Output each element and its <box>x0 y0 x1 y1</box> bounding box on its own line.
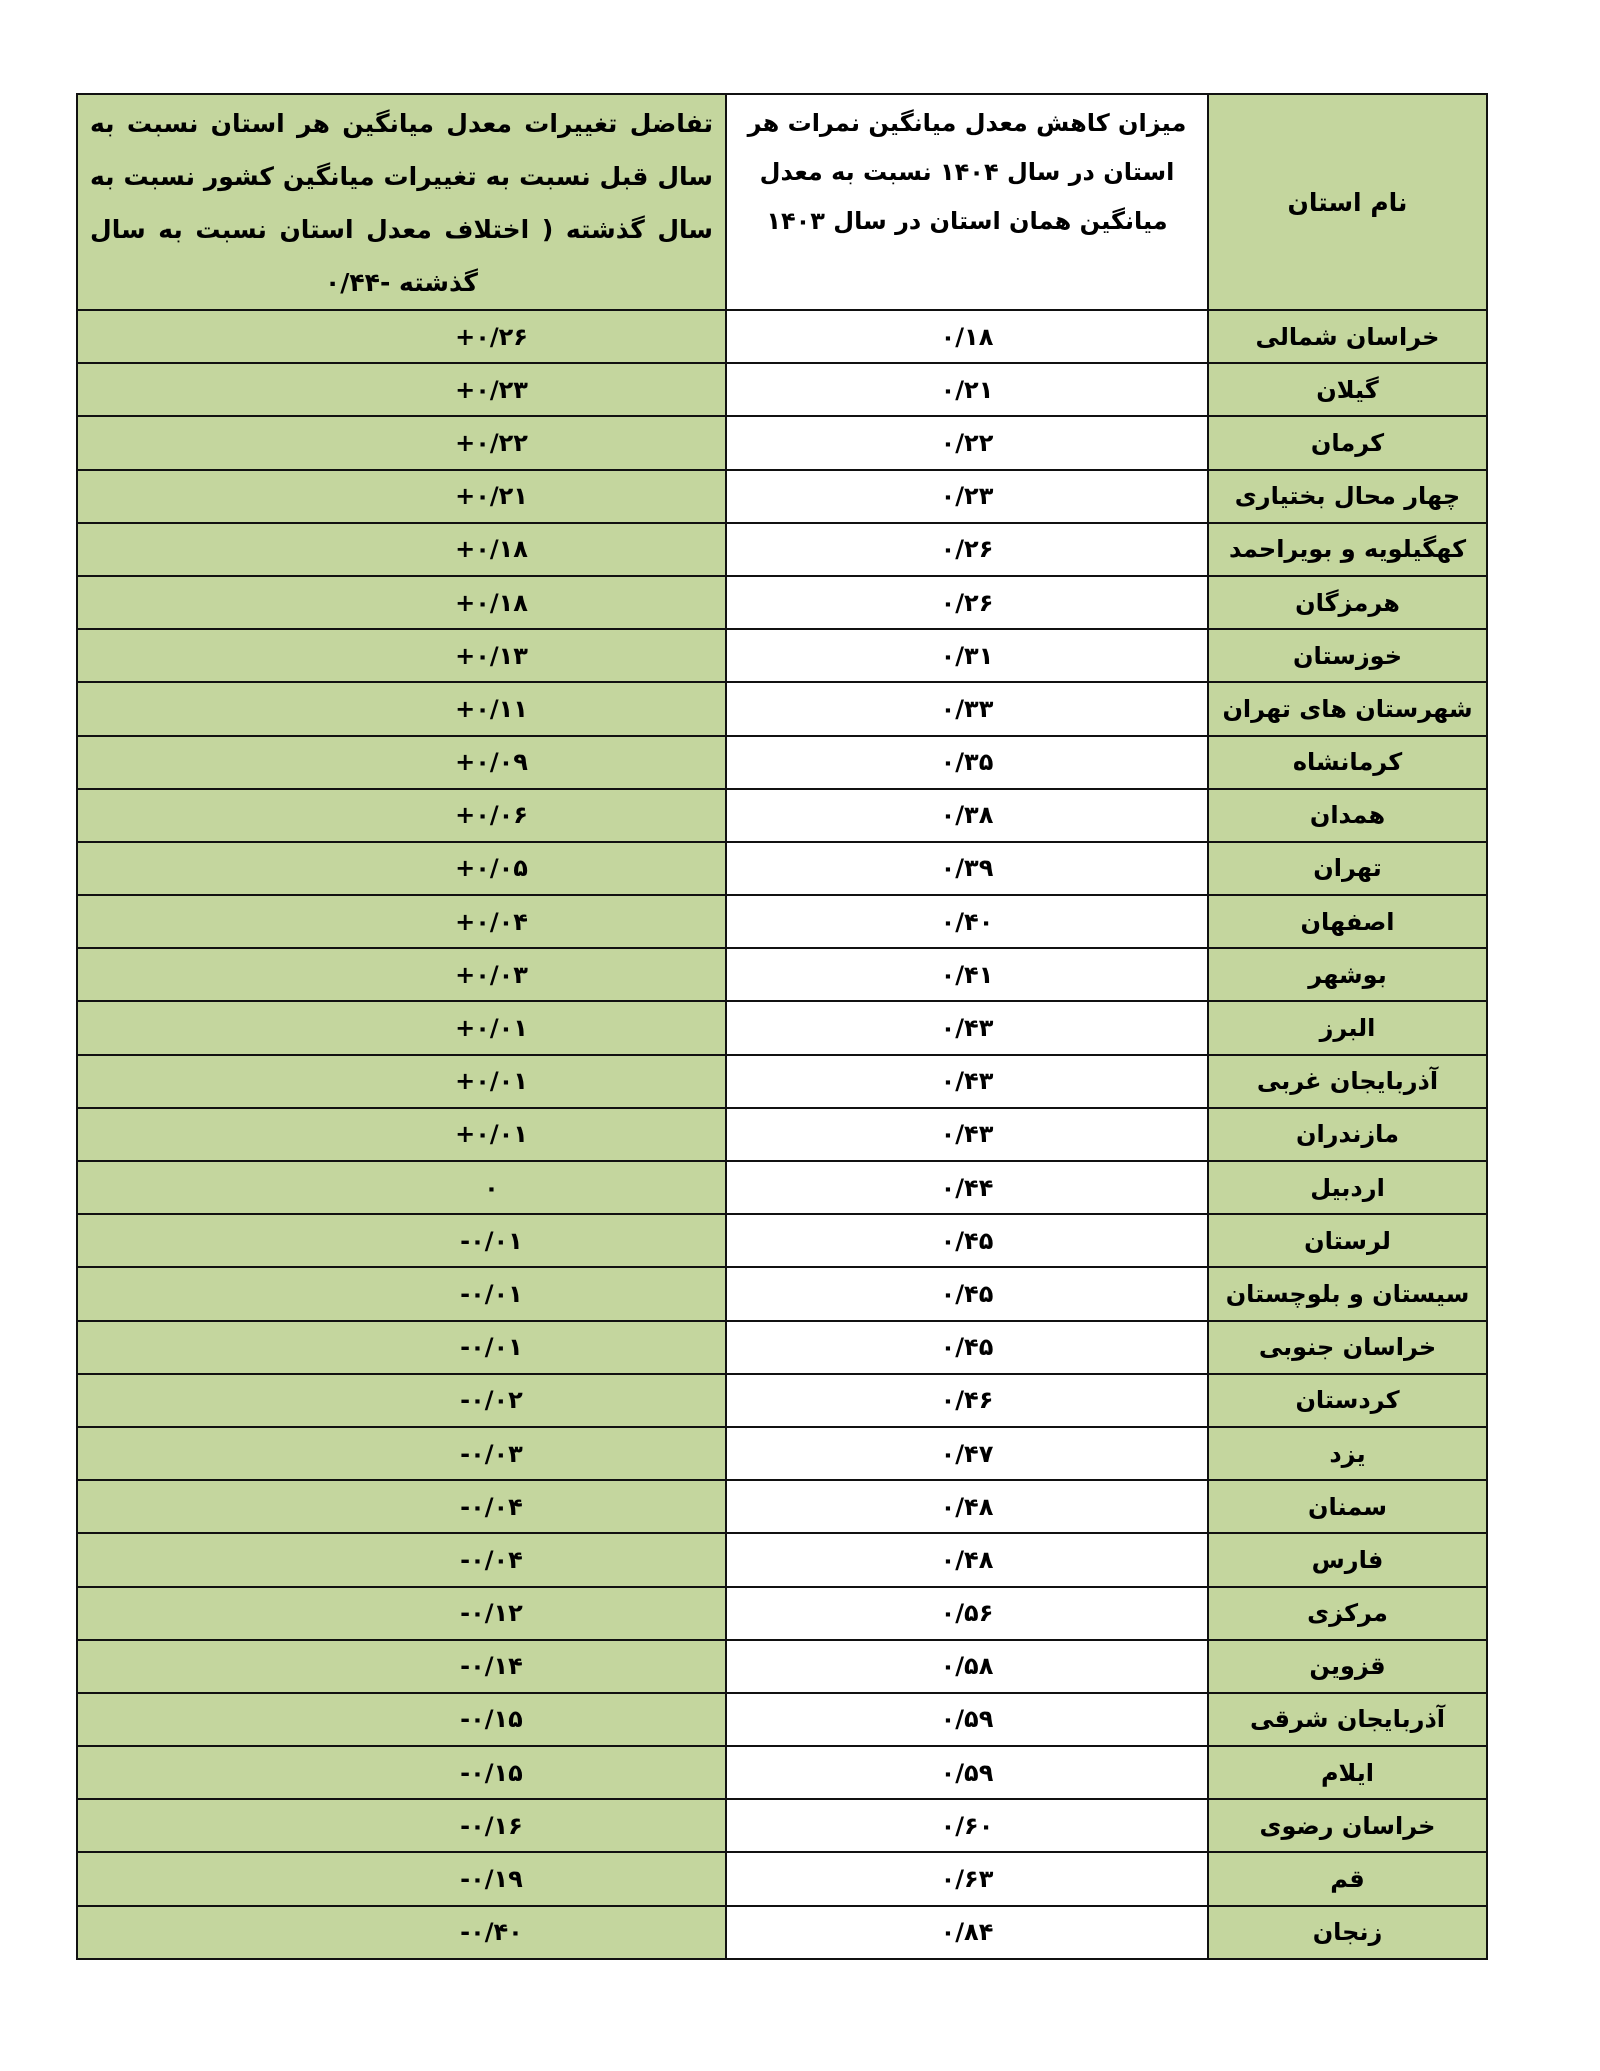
reduction-value: ۰/۴۱ <box>941 961 994 989</box>
province-name-cell: البرز <box>1208 1001 1487 1054</box>
reduction-value: ۰/۴۳ <box>941 1067 994 1095</box>
difference-cell: +۰/۰۱ <box>77 1001 726 1054</box>
table-row: تهران۰/۳۹+۰/۰۵ <box>77 842 1487 895</box>
difference-value: +۰/۲۶ <box>455 323 528 351</box>
difference-value: +۰/۰۵ <box>455 854 528 882</box>
difference-cell: +۰/۰۶ <box>77 789 726 842</box>
reduction-value: ۰/۲۳ <box>941 482 994 510</box>
reduction-value: ۰/۴۰ <box>941 908 994 936</box>
difference-value: -۰/۱۲ <box>460 1599 523 1627</box>
table-row: کردستان۰/۴۶-۰/۰۲ <box>77 1374 1487 1427</box>
reduction-value: ۰/۶۰ <box>941 1812 994 1840</box>
difference-value: +۰/۰۳ <box>455 961 528 989</box>
table-row: اصفهان۰/۴۰+۰/۰۴ <box>77 895 1487 948</box>
difference-value: -۰/۰۱ <box>460 1280 523 1308</box>
reduction-value: ۰/۳۹ <box>941 854 994 882</box>
reduction-cell: ۰/۸۴ <box>726 1906 1208 1959</box>
header-reduction: میزان کاهش معدل میانگین نمرات هر استان د… <box>726 94 1208 310</box>
reduction-cell: ۰/۵۹ <box>726 1693 1208 1746</box>
difference-value: -۰/۰۲ <box>460 1386 523 1414</box>
difference-cell: -۰/۴۰ <box>77 1906 726 1959</box>
difference-cell: +۰/۲۶ <box>77 310 726 363</box>
province-name-cell: هرمزگان <box>1208 576 1487 629</box>
reduction-cell: ۰/۱۸ <box>726 310 1208 363</box>
difference-value: +۰/۲۲ <box>455 429 528 457</box>
province-name-cell: قم <box>1208 1852 1487 1905</box>
table-row: قم۰/۶۳-۰/۱۹ <box>77 1852 1487 1905</box>
province-name-cell: مازندران <box>1208 1108 1487 1161</box>
difference-value: +۰/۱۸ <box>455 589 528 617</box>
table-row: قزوین۰/۵۸-۰/۱۴ <box>77 1640 1487 1693</box>
difference-cell: -۰/۱۶ <box>77 1799 726 1852</box>
province-name-cell: تهران <box>1208 842 1487 895</box>
table-row: یزد۰/۴۷-۰/۰۳ <box>77 1427 1487 1480</box>
reduction-value: ۰/۴۵ <box>941 1227 994 1255</box>
reduction-value: ۰/۲۱ <box>941 376 994 404</box>
reduction-value: ۰/۳۵ <box>941 748 994 776</box>
difference-cell: -۰/۰۱ <box>77 1214 726 1267</box>
reduction-value: ۰/۳۱ <box>941 642 994 670</box>
difference-value: +۰/۱۳ <box>455 642 528 670</box>
table-row: گیلان۰/۲۱+۰/۲۳ <box>77 363 1487 416</box>
difference-value: -۰/۰۱ <box>460 1333 523 1361</box>
province-name-cell: گیلان <box>1208 363 1487 416</box>
table-row: کهگیلویه و بویراحمد۰/۲۶+۰/۱۸ <box>77 523 1487 576</box>
reduction-cell: ۰/۵۶ <box>726 1587 1208 1640</box>
difference-cell: +۰/۲۳ <box>77 363 726 416</box>
difference-value: ۰ <box>484 1174 499 1202</box>
difference-cell: -۰/۰۲ <box>77 1374 726 1427</box>
difference-value: +۰/۰۴ <box>455 908 528 936</box>
table-row: آذربایجان غربی۰/۴۳+۰/۰۱ <box>77 1055 1487 1108</box>
reduction-value: ۰/۴۶ <box>941 1386 994 1414</box>
reduction-value: ۰/۲۶ <box>941 535 994 563</box>
table-row: فارس۰/۴۸-۰/۰۴ <box>77 1533 1487 1586</box>
table-row: خوزستان۰/۳۱+۰/۱۳ <box>77 629 1487 682</box>
province-name-cell: ایلام <box>1208 1746 1487 1799</box>
reduction-value: ۰/۴۳ <box>941 1014 994 1042</box>
difference-cell: -۰/۱۵ <box>77 1693 726 1746</box>
table-body: خراسان شمالی۰/۱۸+۰/۲۶گیلان۰/۲۱+۰/۲۳کرمان… <box>77 310 1487 1959</box>
province-name-cell: خراسان رضوی <box>1208 1799 1487 1852</box>
province-name-cell: کهگیلویه و بویراحمد <box>1208 523 1487 576</box>
difference-value: +۰/۰۱ <box>455 1120 528 1148</box>
reduction-value: ۰/۴۵ <box>941 1333 994 1361</box>
header-difference: تفاضل تغییرات معدل میانگین هر استان نسبت… <box>77 94 726 310</box>
difference-value: -۰/۰۳ <box>460 1440 523 1468</box>
province-name-cell: چهار محال بختیاری <box>1208 470 1487 523</box>
reduction-value: ۰/۲۲ <box>941 429 994 457</box>
difference-cell: -۰/۰۱ <box>77 1321 726 1374</box>
reduction-cell: ۰/۴۵ <box>726 1267 1208 1320</box>
reduction-cell: ۰/۴۸ <box>726 1480 1208 1533</box>
difference-value: -۰/۴۰ <box>460 1918 523 1946</box>
table-row: سمنان۰/۴۸-۰/۰۴ <box>77 1480 1487 1533</box>
difference-cell: -۰/۱۲ <box>77 1587 726 1640</box>
province-name-cell: زنجان <box>1208 1906 1487 1959</box>
table-row: زنجان۰/۸۴-۰/۴۰ <box>77 1906 1487 1959</box>
reduction-value: ۰/۵۸ <box>941 1652 994 1680</box>
reduction-value: ۰/۵۶ <box>941 1599 994 1627</box>
reduction-value: ۰/۱۸ <box>941 323 994 351</box>
table-row: کرمانشاه۰/۳۵+۰/۰۹ <box>77 736 1487 789</box>
province-name-cell: یزد <box>1208 1427 1487 1480</box>
province-name-cell: فارس <box>1208 1533 1487 1586</box>
difference-cell: +۰/۱۸ <box>77 576 726 629</box>
difference-value: +۰/۱۱ <box>455 695 528 723</box>
reduction-cell: ۰/۴۳ <box>726 1055 1208 1108</box>
reduction-cell: ۰/۶۳ <box>726 1852 1208 1905</box>
table-row: مازندران۰/۴۳+۰/۰۱ <box>77 1108 1487 1161</box>
table-row: شهرستان های تهران۰/۳۳+۰/۱۱ <box>77 682 1487 735</box>
reduction-cell: ۰/۵۸ <box>726 1640 1208 1693</box>
province-name-cell: مرکزی <box>1208 1587 1487 1640</box>
reduction-value: ۰/۸۴ <box>941 1918 994 1946</box>
province-name-cell: کردستان <box>1208 1374 1487 1427</box>
province-name-cell: کرمان <box>1208 416 1487 469</box>
province-name-cell: خراسان شمالی <box>1208 310 1487 363</box>
difference-cell: +۰/۲۲ <box>77 416 726 469</box>
difference-value: +۰/۱۸ <box>455 535 528 563</box>
province-name-cell: آذربایجان غربی <box>1208 1055 1487 1108</box>
reduction-value: ۰/۳۳ <box>941 695 994 723</box>
reduction-cell: ۰/۴۵ <box>726 1214 1208 1267</box>
difference-cell: +۰/۰۹ <box>77 736 726 789</box>
table-row: هرمزگان۰/۲۶+۰/۱۸ <box>77 576 1487 629</box>
reduction-value: ۰/۵۹ <box>941 1759 994 1787</box>
difference-cell: -۰/۰۱ <box>77 1267 726 1320</box>
province-name-cell: همدان <box>1208 789 1487 842</box>
difference-cell: ۰ <box>77 1161 726 1214</box>
reduction-cell: ۰/۴۳ <box>726 1001 1208 1054</box>
province-name-cell: آذربایجان شرقی <box>1208 1693 1487 1746</box>
province-name-cell: خراسان جنوبی <box>1208 1321 1487 1374</box>
reduction-value: ۰/۴۴ <box>941 1174 994 1202</box>
difference-cell: +۰/۰۴ <box>77 895 726 948</box>
reduction-cell: ۰/۳۱ <box>726 629 1208 682</box>
table-row: چهار محال بختیاری۰/۲۳+۰/۲۱ <box>77 470 1487 523</box>
table-row: اردبیل۰/۴۴۰ <box>77 1161 1487 1214</box>
province-name-cell: سمنان <box>1208 1480 1487 1533</box>
difference-value: +۰/۰۹ <box>455 748 528 776</box>
reduction-cell: ۰/۴۵ <box>726 1321 1208 1374</box>
table-row: همدان۰/۳۸+۰/۰۶ <box>77 789 1487 842</box>
table-row: مرکزی۰/۵۶-۰/۱۲ <box>77 1587 1487 1640</box>
difference-cell: -۰/۱۹ <box>77 1852 726 1905</box>
reduction-value: ۰/۲۶ <box>941 589 994 617</box>
difference-value: +۰/۲۱ <box>455 482 528 510</box>
reduction-value: ۰/۴۷ <box>941 1440 994 1468</box>
difference-cell: +۰/۰۵ <box>77 842 726 895</box>
reduction-cell: ۰/۲۲ <box>726 416 1208 469</box>
difference-value: +۰/۰۶ <box>455 801 528 829</box>
difference-cell: -۰/۱۴ <box>77 1640 726 1693</box>
reduction-cell: ۰/۴۷ <box>726 1427 1208 1480</box>
header-row: نام استان میزان کاهش معدل میانگین نمرات … <box>77 94 1487 310</box>
difference-cell: -۰/۱۵ <box>77 1746 726 1799</box>
reduction-cell: ۰/۲۶ <box>726 523 1208 576</box>
table-row: بوشهر۰/۴۱+۰/۰۳ <box>77 948 1487 1001</box>
difference-cell: +۰/۱۱ <box>77 682 726 735</box>
reduction-cell: ۰/۳۸ <box>726 789 1208 842</box>
difference-cell: +۰/۱۸ <box>77 523 726 576</box>
reduction-cell: ۰/۵۹ <box>726 1746 1208 1799</box>
table-row: لرستان۰/۴۵-۰/۰۱ <box>77 1214 1487 1267</box>
province-name-cell: اصفهان <box>1208 895 1487 948</box>
reduction-cell: ۰/۴۶ <box>726 1374 1208 1427</box>
province-name-cell: قزوین <box>1208 1640 1487 1693</box>
province-name-cell: کرمانشاه <box>1208 736 1487 789</box>
difference-cell: -۰/۰۳ <box>77 1427 726 1480</box>
reduction-cell: ۰/۳۳ <box>726 682 1208 735</box>
reduction-value: ۰/۴۸ <box>941 1546 994 1574</box>
table-row: آذربایجان شرقی۰/۵۹-۰/۱۵ <box>77 1693 1487 1746</box>
table-row: سیستان و بلوچستان۰/۴۵-۰/۰۱ <box>77 1267 1487 1320</box>
difference-value: -۰/۰۴ <box>460 1493 523 1521</box>
province-name-cell: شهرستان های تهران <box>1208 682 1487 735</box>
difference-value: -۰/۱۴ <box>460 1652 523 1680</box>
province-name-cell: بوشهر <box>1208 948 1487 1001</box>
difference-value: -۰/۰۱ <box>460 1227 523 1255</box>
reduction-value: ۰/۴۸ <box>941 1493 994 1521</box>
reduction-cell: ۰/۴۰ <box>726 895 1208 948</box>
reduction-cell: ۰/۴۳ <box>726 1108 1208 1161</box>
difference-cell: +۰/۲۱ <box>77 470 726 523</box>
reduction-value: ۰/۳۸ <box>941 801 994 829</box>
table-row: البرز۰/۴۳+۰/۰۱ <box>77 1001 1487 1054</box>
difference-cell: -۰/۰۴ <box>77 1533 726 1586</box>
reduction-cell: ۰/۴۱ <box>726 948 1208 1001</box>
province-name-cell: لرستان <box>1208 1214 1487 1267</box>
table-row: کرمان۰/۲۲+۰/۲۲ <box>77 416 1487 469</box>
difference-value: +۰/۰۱ <box>455 1067 528 1095</box>
difference-cell: +۰/۱۳ <box>77 629 726 682</box>
difference-cell: -۰/۰۴ <box>77 1480 726 1533</box>
header-province-name: نام استان <box>1208 94 1487 310</box>
reduction-cell: ۰/۴۴ <box>726 1161 1208 1214</box>
table-row: خراسان شمالی۰/۱۸+۰/۲۶ <box>77 310 1487 363</box>
difference-value: -۰/۱۶ <box>460 1812 523 1840</box>
reduction-value: ۰/۶۳ <box>941 1865 994 1893</box>
reduction-cell: ۰/۳۹ <box>726 842 1208 895</box>
reduction-cell: ۰/۶۰ <box>726 1799 1208 1852</box>
difference-value: -۰/۱۵ <box>460 1759 523 1787</box>
reduction-cell: ۰/۲۶ <box>726 576 1208 629</box>
reduction-value: ۰/۴۵ <box>941 1280 994 1308</box>
reduction-cell: ۰/۳۵ <box>726 736 1208 789</box>
province-grade-table: نام استان میزان کاهش معدل میانگین نمرات … <box>76 93 1488 1960</box>
reduction-value: ۰/۵۹ <box>941 1705 994 1733</box>
province-name-cell: اردبیل <box>1208 1161 1487 1214</box>
difference-value: +۰/۰۱ <box>455 1014 528 1042</box>
difference-cell: +۰/۰۳ <box>77 948 726 1001</box>
difference-cell: +۰/۰۱ <box>77 1108 726 1161</box>
difference-cell: +۰/۰۱ <box>77 1055 726 1108</box>
province-name-cell: سیستان و بلوچستان <box>1208 1267 1487 1320</box>
reduction-value: ۰/۴۳ <box>941 1120 994 1148</box>
table-row: ایلام۰/۵۹-۰/۱۵ <box>77 1746 1487 1799</box>
table-row: خراسان رضوی۰/۶۰-۰/۱۶ <box>77 1799 1487 1852</box>
province-name-cell: خوزستان <box>1208 629 1487 682</box>
difference-value: -۰/۱۹ <box>460 1865 523 1893</box>
table-row: خراسان جنوبی۰/۴۵-۰/۰۱ <box>77 1321 1487 1374</box>
difference-value: +۰/۲۳ <box>455 376 528 404</box>
reduction-cell: ۰/۲۱ <box>726 363 1208 416</box>
reduction-cell: ۰/۲۳ <box>726 470 1208 523</box>
difference-value: -۰/۱۵ <box>460 1705 523 1733</box>
difference-value: -۰/۰۴ <box>460 1546 523 1574</box>
reduction-cell: ۰/۴۸ <box>726 1533 1208 1586</box>
